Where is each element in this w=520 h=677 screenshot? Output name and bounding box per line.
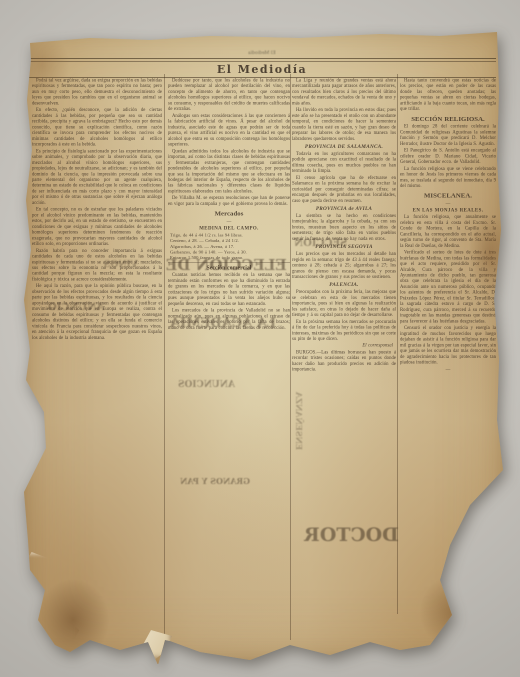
column-rule-1	[164, 74, 165, 646]
sub-heading: EN LAS MONJAS REALES.	[400, 208, 496, 214]
stain-bottom-right-tear	[418, 572, 498, 652]
paragraph: La siembra se ha hecho en condiciones in…	[292, 213, 396, 242]
column-1: Podrá tal vez argüirse, dada su exigua p…	[32, 78, 162, 648]
column-rule-3	[397, 74, 398, 614]
paragraph: Dedúcese por tanto, que los alcoholes de…	[168, 78, 290, 112]
paragraph: La función religiosa, que anualmente se …	[400, 215, 496, 249]
paragraph: De Villalba M. se esperan resoluciones q…	[168, 196, 290, 207]
column-4: Hasta tanto convendrá que estas noticias…	[400, 78, 496, 583]
paragraph: La función religiosa que se viene celebr…	[400, 166, 496, 189]
divider-dash: —	[400, 201, 496, 207]
paragraph: Verificado el sorteo de lotes de dote á …	[400, 250, 496, 325]
paragraph: Censuró el orador con justicia y energía…	[400, 326, 496, 366]
price-line: Entraron 1.500 fanegas de todo grano.	[170, 255, 288, 261]
photo-backdrop: El Mediodía El Mediodía ELECCION DELA AC…	[0, 0, 520, 677]
paragraph: En efecto, ¿quién desconoce, que la adic…	[32, 108, 162, 148]
divider-dash: —	[400, 367, 496, 373]
paragraph: Análogas son estas consideraciones á las…	[168, 113, 290, 147]
ghost-masthead-overline: El Mediodía	[28, 50, 496, 57]
section-heading: MISCELANEA.	[400, 192, 496, 200]
paragraph: Los mercados de la provincia de Valladol…	[168, 308, 290, 331]
section-heading: Mercados	[168, 210, 290, 218]
paragraph: El domingo 28 del corriente celebrará la…	[400, 124, 496, 147]
column-2: Dedúcese por tanto, que los alcoholes de…	[168, 78, 290, 648]
paragraph: He aquí la razón, para que la opinión pú…	[32, 284, 162, 341]
paragraph: La Liga y reunión de grandes ventas está…	[292, 78, 396, 107]
newspaper-page: El Mediodía El Mediodía ELECCION DELA AC…	[0, 0, 520, 677]
paragraph: Es principio de fisiología sancionado po…	[32, 149, 162, 206]
paragraph: Todavía en los agricultores comarcanos n…	[292, 151, 396, 174]
section-heading: Sección comercial	[168, 263, 290, 272]
column-3: La Liga y reunión de grandes ventas está…	[292, 78, 396, 638]
province-heading: PROVINCIA SEGOVIA	[292, 244, 396, 250]
divider-dash: —	[168, 219, 290, 225]
paragraph: Preocupados con la próxima feria, las me…	[292, 290, 396, 319]
paragraph: Quedan admitidos todos los alcoholes de …	[168, 149, 290, 195]
paragraph: Podrá tal vez argüirse, dada su exigua p…	[32, 78, 162, 107]
sub-heading: MEDINA DEL CAMPO.	[168, 226, 290, 232]
masthead-area: El Mediodía El Mediodía	[28, 50, 496, 78]
paragraph: Ha llovido en toda la provincia en estos…	[292, 108, 396, 142]
paragraph: Cuantas noticias hemos recibido en la se…	[168, 273, 290, 307]
paragraph: Razón habría para no conceder importanci…	[32, 248, 162, 282]
paragraph: En la próxima semana los mercados se pro…	[292, 319, 396, 342]
paragraph: Los precios que en los mercados al detal…	[292, 252, 396, 281]
paper-sheet: El Mediodía El Mediodía ELECCION DELA AC…	[20, 24, 508, 664]
paragraph: El censo agrícola que ha de efectuarse e…	[292, 175, 396, 204]
signature-line: El corresponsal	[292, 343, 393, 349]
province-heading: PROVINCIA DE SALAMANCA.	[292, 144, 396, 150]
paragraph: BURGOS.—Las últimas borrascas han puesto…	[292, 350, 396, 373]
paragraph: En tal concepto, no es de estrañar que l…	[32, 207, 162, 247]
paragraph: El Panegírico de S. Antolín está encarga…	[400, 148, 496, 165]
section-heading: SECCIÓN RELIGIOSA.	[400, 115, 496, 123]
province-heading: PROVINCIA de AVILA	[292, 206, 396, 212]
masthead-title: El Mediodía	[28, 62, 496, 77]
paragraph: Hasta tanto convendrá que estas noticias…	[400, 78, 496, 112]
column-rule-2	[290, 74, 291, 640]
province-heading: PALENCIA.	[292, 282, 396, 288]
